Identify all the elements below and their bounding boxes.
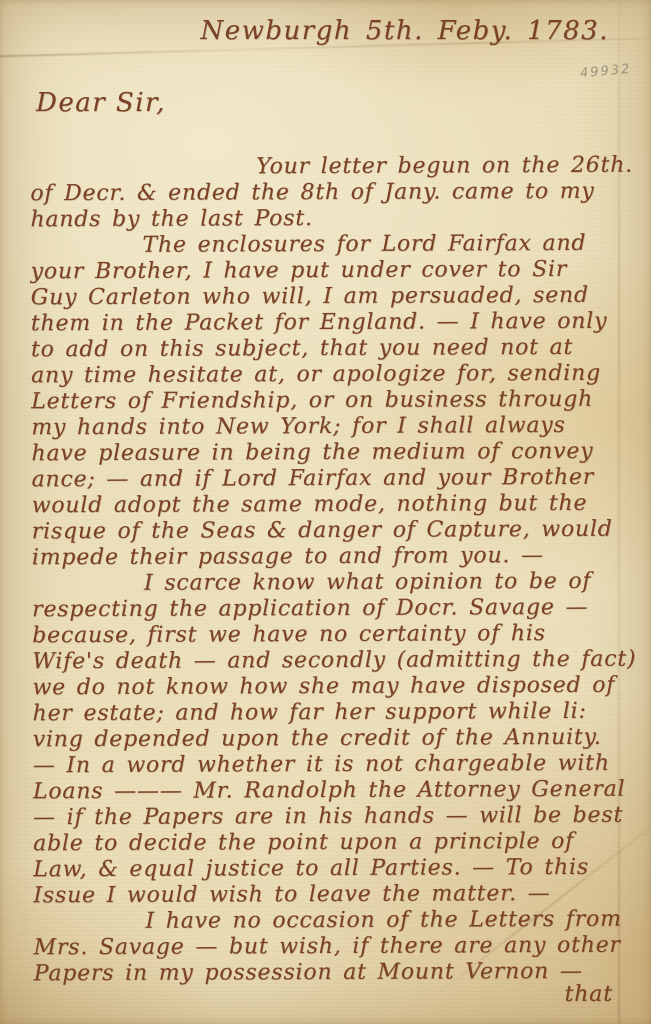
letter-line: Letters of Friendship, or on business th… <box>31 387 640 416</box>
letter-line: we do not know how she may have disposed… <box>32 673 641 702</box>
letter-line: Issue I would wish to leave the matter. … <box>33 881 642 910</box>
letter-line: to add on this subject, that you need no… <box>31 335 640 364</box>
letter-line: Mrs. Savage — but wish, if there are any… <box>34 933 643 962</box>
letter-line: respecting the application of Docr. Sava… <box>32 595 641 624</box>
letter-line: able to decide the point upon a principl… <box>33 829 642 858</box>
letter-line: Your letter begun on the 26th. <box>30 153 639 182</box>
letter-line: Loans ——— Mr. Randolph the Attorney Gene… <box>33 777 642 806</box>
letter-line: The enclosures for Lord Fairfax and <box>30 231 639 260</box>
dateline: Newburgh 5th. Feby. 1783. <box>0 0 651 46</box>
letter-line: — In a word whether it is not chargeable… <box>33 751 642 780</box>
letter-line: your Brother, I have put under cover to … <box>31 257 640 286</box>
letter-line: Law, & equal justice to all Parties. — T… <box>33 855 642 884</box>
letter-line: risque of the Seas & danger of Capture, … <box>32 517 641 546</box>
letter-line: ance; — and if Lord Fairfax and your Bro… <box>32 465 641 494</box>
letter-line: ving depended upon the credit of the Ann… <box>33 725 642 754</box>
salutation: Dear Sir, <box>36 88 651 118</box>
letter-line: I scarce know what opinion to be of <box>32 569 641 598</box>
letter-line: hands by the last Post. <box>30 205 639 234</box>
letter-line: any time hesitate at, or apologize for, … <box>31 361 640 390</box>
letter-line: of Decr. & ended the 8th of Jany. came t… <box>30 179 639 208</box>
letter-line: because, first we have no certainty of h… <box>32 621 641 650</box>
letter-line: them in the Packet for England. — I have… <box>31 309 640 338</box>
letter-line: my hands into New York; for I shall alwa… <box>31 413 640 442</box>
letter-line: Guy Carleton who will, I am persuaded, s… <box>31 283 640 312</box>
letter-line: — if the Papers are in his hands — will … <box>33 803 642 832</box>
letter-line: impede their passage to and from you. — <box>32 543 641 572</box>
letter-line: have pleasure in being the medium of con… <box>31 439 640 468</box>
catalog-number-pencil: 49932 <box>579 62 631 81</box>
letter-line: Wife's death — and secondly (admitting t… <box>32 647 641 676</box>
letter-line: would adopt the same mode, nothing but t… <box>32 491 641 520</box>
letter-line: her estate; and how far her support whil… <box>33 699 642 728</box>
letter-line: Papers in my possession at Mount Vernon … <box>34 959 643 988</box>
letter-page: Newburgh 5th. Feby. 1783. 49932 Dear Sir… <box>0 0 651 1024</box>
letter-body: Your letter begun on the 26th. of Decr. … <box>0 153 651 1010</box>
letter-line: I have no occasion of the Letters from <box>33 907 642 936</box>
